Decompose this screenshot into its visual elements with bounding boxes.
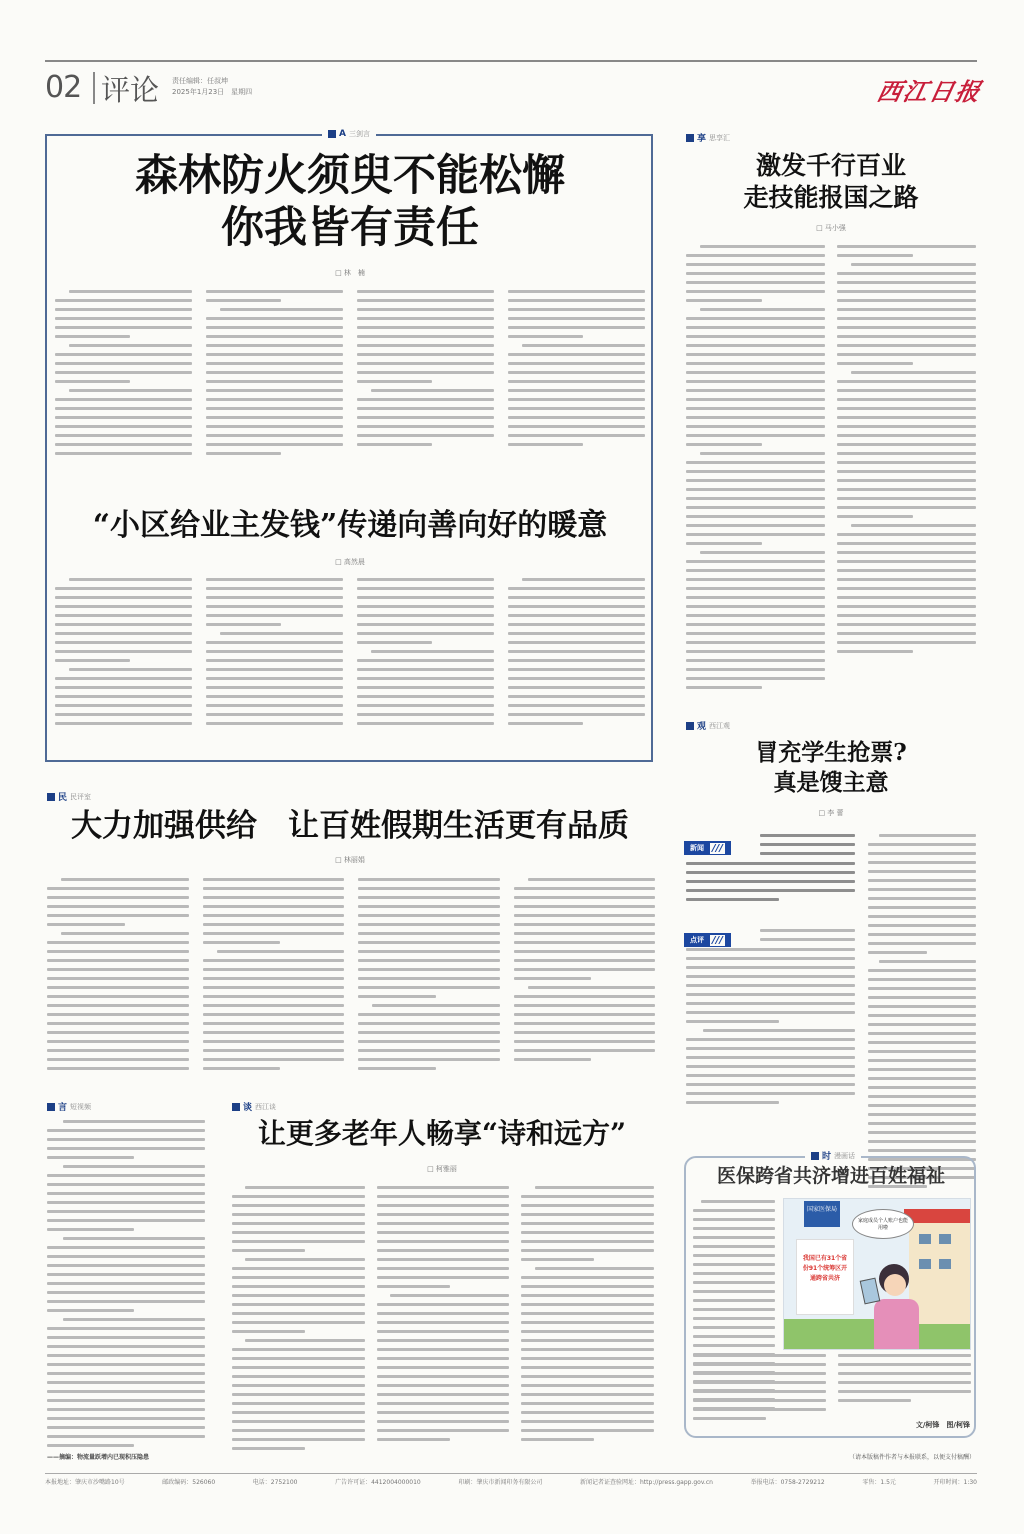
text-column	[232, 1186, 365, 1461]
phone-icon	[860, 1278, 881, 1305]
text-column	[837, 245, 976, 695]
person-body	[874, 1299, 919, 1350]
byline: □ 高然晨	[55, 557, 645, 567]
column-marker-icon	[47, 1103, 55, 1111]
footer-postal: 邮政编码：526060	[162, 1477, 215, 1486]
editor-line: 责任编辑：任叔坤	[172, 76, 252, 87]
section-title: 评论	[101, 68, 159, 109]
headline-elderly-travel: 让更多老年人畅享“诗和远方”	[232, 1115, 652, 1153]
slashes-icon: ///	[710, 843, 725, 854]
column-glyph: 时	[822, 1149, 831, 1162]
speech-bubble: 家庭成员个人账户也能用啦	[852, 1209, 914, 1239]
footer-printer: 印刷：肇庆市新闻印务有限公司	[458, 1477, 542, 1486]
column-glyph: 观	[697, 719, 706, 732]
column-glyph: 民	[58, 790, 67, 803]
date-line: 2025年1月23日 星期四	[172, 87, 252, 98]
text-column	[47, 878, 189, 1073]
byline: □ 李 蕾	[686, 808, 976, 818]
text-column	[206, 578, 343, 753]
header-meta: 责任编辑：任叔坤 2025年1月23日 星期四	[172, 76, 252, 98]
byline: □ 柯雅丽	[232, 1164, 652, 1174]
column-label: 言 短视频	[47, 1100, 91, 1113]
column-name: 思享汇	[709, 133, 730, 143]
headline-skills: 激发千行百业 走技能报国之路	[686, 150, 976, 214]
column-name: 西江谈	[255, 1102, 276, 1112]
byline: □ 林 楠	[60, 268, 640, 278]
column-label: 时 漫画话	[805, 1149, 861, 1162]
text-column	[693, 1354, 826, 1426]
comment-text-cont	[686, 948, 855, 1110]
footer-phone: 电话：2752100	[253, 1477, 298, 1486]
article-body-community	[55, 578, 645, 753]
headline-fake-students: 冒充学生抢票? 真是馊主意	[686, 738, 976, 798]
cartoon-illustration: 国家医保局 我国已有31个省份91个统筹区开通跨省共济 家庭成员个人账户也能用啦	[783, 1198, 971, 1350]
column-name: 民评室	[70, 792, 91, 802]
column-label: 观 西江观	[686, 719, 730, 732]
column-glyph: 享	[697, 131, 706, 144]
column-name: 短视频	[70, 1102, 91, 1112]
footer-report-site: 新闻记者证查验网址：http://press.gapp.gov.cn	[580, 1477, 713, 1486]
footer-report-phone: 举报电话：0758-2729212	[751, 1477, 825, 1486]
byline: □ 林丽娟	[50, 855, 650, 865]
column-label: A 三剑言	[322, 129, 376, 139]
short-piece-body	[47, 1120, 205, 1453]
text-column	[203, 878, 345, 1073]
masthead-logo: 西江日报	[874, 72, 985, 107]
article-body-skills	[686, 245, 976, 695]
column-marker-icon	[686, 134, 694, 142]
tag-label: 新闻	[690, 843, 704, 853]
news-summary-cont	[686, 862, 855, 907]
short-piece-source: ——摘编：物流量跃增内已现积压隐患	[47, 1452, 217, 1461]
column-label: 享 思享汇	[686, 131, 730, 144]
column-marker-icon	[811, 1152, 819, 1160]
footer: 本报地址：肇庆市沙嘴路10号 邮政编码：526060 电话：2752100 广告…	[45, 1477, 977, 1486]
cartoon-poster: 我国已有31个省份91个统筹区开通跨省共济	[796, 1239, 854, 1315]
text-column	[55, 578, 192, 753]
headline-line: 冒充学生抢票?	[686, 738, 976, 768]
text-column	[508, 578, 645, 753]
roof	[904, 1209, 971, 1223]
column-marker-icon	[328, 130, 336, 138]
text-column	[686, 245, 825, 695]
footer-address: 本报地址：肇庆市沙嘴路10号	[45, 1477, 125, 1486]
column-glyph: 谈	[243, 1100, 252, 1113]
text-column	[508, 290, 645, 485]
headline-holiday-supply: 大力加强供给 让百姓假期生活更有品质	[50, 806, 650, 846]
comment-text	[760, 929, 855, 947]
column-marker-icon	[232, 1103, 240, 1111]
footer-ad-license: 广告许可证：4412004000010	[335, 1477, 421, 1486]
column-name: 三剑言	[349, 129, 370, 139]
article-body-forest-fire	[55, 290, 645, 485]
header-divider	[93, 72, 95, 104]
text-column	[514, 878, 656, 1073]
headline-line: 激发千行百业	[686, 150, 976, 182]
column-marker-icon	[686, 722, 694, 730]
headline-community-money: “小区给业主发钱”传递向善向好的暖意	[55, 506, 645, 546]
slashes-icon: ///	[710, 935, 725, 946]
column-glyph: A	[339, 129, 346, 139]
column-label: 谈 西江谈	[232, 1100, 276, 1113]
article-body-holiday	[47, 878, 655, 1073]
footer-print-time: 开印时间：1:30	[934, 1477, 977, 1486]
column-name: 西江观	[709, 721, 730, 731]
headline-forest-fire: 森林防火须臾不能松懈 你我皆有责任	[60, 150, 640, 254]
headline-line: 走技能报国之路	[686, 182, 976, 214]
article-body-elderly	[232, 1186, 654, 1461]
headline-line: 森林防火须臾不能松懈	[60, 150, 640, 202]
byline: □ 马小强	[686, 223, 976, 233]
cartoon-sign: 国家医保局	[804, 1201, 840, 1227]
text-column	[357, 578, 494, 753]
column-marker-icon	[47, 793, 55, 801]
text-column	[521, 1186, 654, 1461]
headline-line: 真是馊主意	[686, 768, 976, 798]
cartoon-text-bottom	[693, 1354, 971, 1426]
person-face	[884, 1274, 906, 1296]
cartoon-credit: 文/柯锋 图/柯锋	[830, 1420, 970, 1430]
tag-label: 点评	[690, 935, 704, 945]
headline-line: 你我皆有责任	[60, 202, 640, 254]
headline-medical-insurance: 医保跨省共济增进百姓福祉	[690, 1162, 972, 1190]
header-rule	[45, 60, 977, 62]
footer-price: 零售：1.5元	[862, 1477, 896, 1486]
comment-text-col2	[868, 834, 976, 1194]
comment-tag: 点评///	[684, 927, 731, 947]
text-column	[358, 878, 500, 1073]
text-column	[377, 1186, 510, 1461]
news-tag: 新闻///	[684, 835, 731, 855]
text-column	[838, 1354, 971, 1426]
text-column	[206, 290, 343, 485]
editorial-note: （请本版稿件作者与本报联系，以便支付稿酬）	[770, 1452, 975, 1461]
text-column	[357, 290, 494, 485]
column-name: 漫画话	[834, 1151, 855, 1161]
footer-rule	[45, 1473, 977, 1474]
text-column	[55, 290, 192, 485]
column-glyph: 言	[58, 1100, 67, 1113]
column-label: 民 民评室	[47, 790, 91, 803]
page-number: 02	[45, 70, 81, 105]
news-summary	[760, 834, 855, 861]
